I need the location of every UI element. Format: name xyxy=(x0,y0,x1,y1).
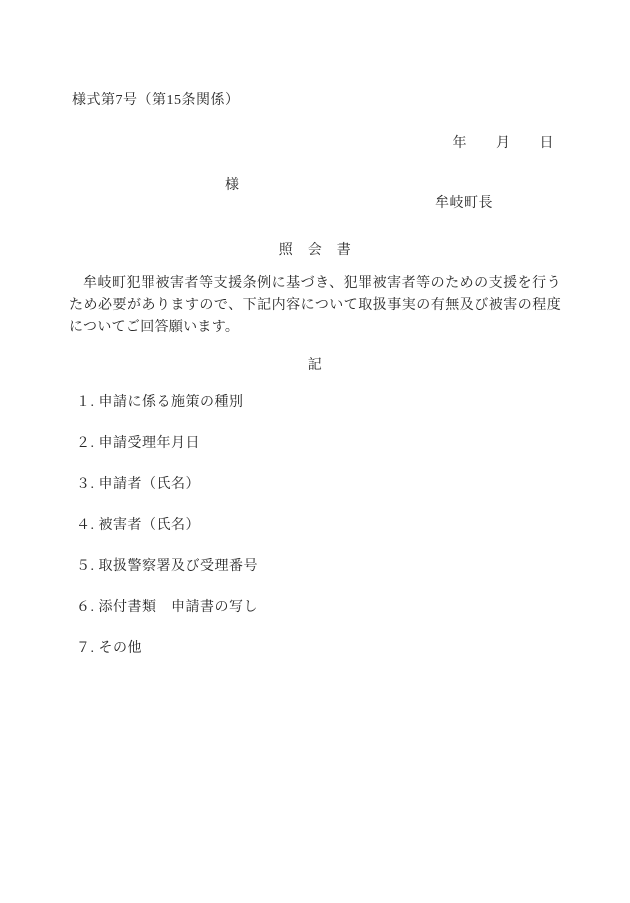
list-item: ７. その他 xyxy=(76,639,258,659)
document-page: 様式第7号（第15条関係） 年 月 日 様 牟岐町長 照 会 書 牟岐町犯罪被害… xyxy=(0,0,630,903)
sender-name: 牟岐町長 xyxy=(435,194,493,214)
list-item: ３. 申請者（氏名） xyxy=(76,475,258,495)
list-item: ４. 被害者（氏名） xyxy=(76,516,258,536)
list-header: 記 xyxy=(0,356,630,376)
addressee-suffix: 様 xyxy=(225,176,240,196)
document-title: 照 会 書 xyxy=(0,241,630,261)
list-item: ６. 添付書類 申請書の写し xyxy=(76,598,258,618)
date-line: 年 月 日 xyxy=(453,134,555,154)
item-list: １. 申請に係る施策の種別 ２. 申請受理年月日 ３. 申請者（氏名） ４. 被… xyxy=(76,393,258,680)
body-paragraph: 牟岐町犯罪被害者等支援条例に基づき、犯罪被害者等のための支援を行うため必要があり… xyxy=(69,273,561,339)
list-item: １. 申請に係る施策の種別 xyxy=(76,393,258,413)
form-number: 様式第7号（第15条関係） xyxy=(72,91,240,111)
list-item: ２. 申請受理年月日 xyxy=(76,434,258,454)
list-item: ５. 取扱警察署及び受理番号 xyxy=(76,557,258,577)
